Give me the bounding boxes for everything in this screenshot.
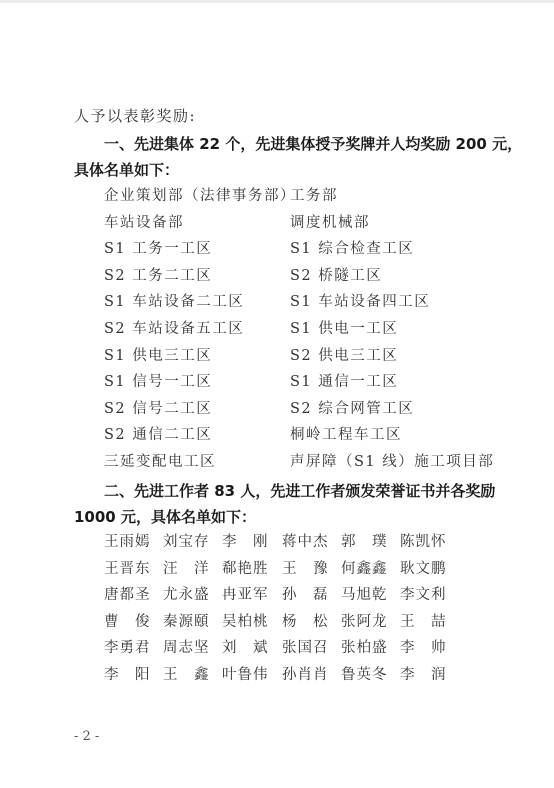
worker-name: 马旭乾 (341, 586, 401, 604)
collective-name: 调度机械部 (290, 214, 370, 232)
worker-name: 尤永盛 (163, 586, 223, 604)
worker-name: 鲁英冬 (341, 666, 401, 684)
worker-name: 冉亚军 (222, 586, 282, 604)
worker-name: 耿文鹏 (400, 560, 460, 578)
collective-name: 三延变配电工区 (104, 453, 216, 471)
section1-heading-cont: 具体名单如下： (74, 161, 179, 179)
worker-name: 王 喆 (400, 613, 460, 631)
collective-name: S2 工务二工区 (104, 267, 212, 285)
worker-name: 张柏盛 (341, 639, 401, 657)
worker-name: 李 阳 (104, 666, 164, 684)
worker-name: 孙肖肖 (282, 666, 342, 684)
worker-name: 张阿龙 (341, 613, 401, 631)
collective-name: S2 综合网管工区 (290, 400, 414, 418)
collective-name: S1 供电一工区 (290, 320, 398, 338)
collective-name: S1 工务一工区 (104, 240, 212, 258)
collective-name: S2 桥隧工区 (290, 267, 382, 285)
worker-name: 王 豫 (282, 560, 342, 578)
worker-name: 王晋东 (104, 560, 164, 578)
collective-name: 声屏障（S1 线）施工项目部 (290, 453, 494, 471)
section2-heading-cont: 1000 元，具体名单如下： (74, 508, 256, 526)
collective-name: 企业策划部（法律事务部） (104, 187, 296, 205)
worker-name: 杨 松 (282, 613, 342, 631)
worker-name: 刘宝存 (163, 533, 223, 551)
collective-name: S1 车站设备四工区 (290, 293, 430, 311)
worker-name: 郭 璞 (341, 533, 401, 551)
worker-name: 张国召 (282, 639, 342, 657)
collective-name: S2 信号二工区 (104, 400, 212, 418)
worker-name: 陈凯怀 (400, 533, 460, 551)
worker-name: 汪 洋 (163, 560, 223, 578)
worker-name: 曹 俊 (104, 613, 164, 631)
section2-heading: 二、先进工作者 83 人，先进工作者颁发荣誉证书并各奖励 (104, 482, 495, 500)
section1-heading: 一、先进集体 22 个，先进集体授予奖牌并人均奖励 200 元， (104, 135, 522, 153)
collective-name: 桐岭工程车工区 (290, 426, 402, 444)
collective-name: S2 通信二工区 (104, 426, 212, 444)
worker-name: 李 润 (400, 666, 460, 684)
collective-name: S1 信号一工区 (104, 373, 212, 391)
collective-name: 车站设备部 (104, 214, 184, 232)
worker-name: 唐都圣 (104, 586, 164, 604)
worker-name: 周志坚 (163, 639, 223, 657)
collective-name: S1 通信一工区 (290, 373, 398, 391)
worker-name: 李 刚 (222, 533, 282, 551)
collective-name: S2 供电三工区 (290, 347, 398, 365)
worker-name: 刘 斌 (222, 639, 282, 657)
collective-name: S1 车站设备二工区 (104, 293, 244, 311)
collective-name: 工务部 (290, 187, 338, 205)
worker-name: 王 鑫 (163, 666, 223, 684)
collective-name: S1 综合检查工区 (290, 240, 414, 258)
worker-name: 秦源頤 (163, 613, 223, 631)
worker-name: 李勇君 (104, 639, 164, 657)
worker-name: 何鑫鑫 (341, 560, 401, 578)
worker-name: 李 帅 (400, 639, 460, 657)
worker-name: 吴柏桃 (222, 613, 282, 631)
worker-name: 李文利 (400, 586, 460, 604)
worker-name: 蒋中杰 (282, 533, 342, 551)
page-number: - 2 - (74, 729, 99, 744)
worker-name: 郗艳胜 (222, 560, 282, 578)
collective-name: S2 车站设备五工区 (104, 320, 244, 338)
intro-text: 人予以表彰奖励: (74, 107, 196, 125)
worker-name: 王雨嫣 (104, 533, 164, 551)
page-top-edge (0, 0, 554, 3)
collective-name: S1 供电三工区 (104, 347, 212, 365)
worker-name: 叶鲁伟 (222, 666, 282, 684)
worker-name: 孙 磊 (282, 586, 342, 604)
